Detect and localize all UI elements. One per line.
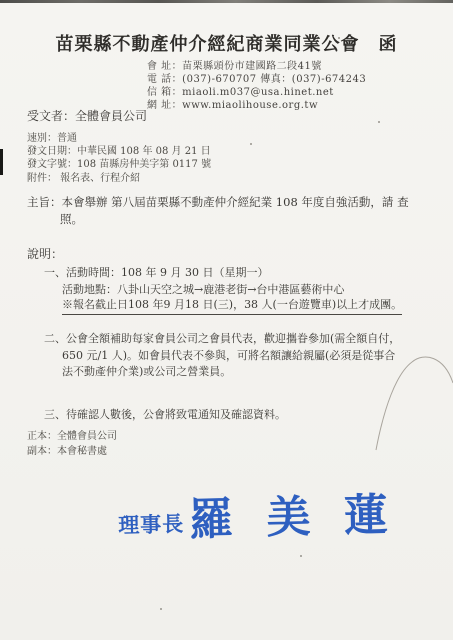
ref-number-line: 發文字號：108 苗縣房仲美字第 0117 號 bbox=[27, 155, 211, 170]
item2-line3: 法不動產仲介業)或公司之營業員。 bbox=[62, 363, 231, 379]
explanation-label: 說明： bbox=[27, 245, 63, 262]
scanned-letter-page: 苗栗縣不動產仲介經紀商業同業公會 函 會 址：苗栗縣頭份市建國路二段41號 電 … bbox=[0, 0, 453, 640]
chairman-stamp-title: 理事長 bbox=[117, 494, 184, 540]
letterhead-website: 網 址：www.miaolihouse.org.tw bbox=[147, 96, 318, 111]
scan-speck bbox=[378, 121, 380, 123]
scan-top-edge-artifact bbox=[0, 0, 453, 3]
subject-line-2: 照。 bbox=[60, 211, 83, 227]
distribution-original: 正本：全體會員公司 bbox=[27, 427, 117, 442]
document-title: 苗栗縣不動產仲介經紀商業同業公會 函 bbox=[0, 30, 453, 56]
item3-line1: 三、待確認人數後，公會將致電通知及確認資料。 bbox=[44, 406, 286, 422]
chairman-stamp: 理事長 羅 美 蓮 bbox=[117, 478, 397, 549]
item1-line2: 活動地點：八卦山天空之城→鹿港老街→台中港區藝術中心 bbox=[62, 281, 344, 297]
scan-speck bbox=[300, 555, 302, 557]
item1-deadline-underlined: ※報名截止日108 年9 月18 日(三)，38 人(一台遊覽車)以上才成團。 bbox=[62, 296, 402, 315]
chairman-stamp-name: 羅 美 蓮 bbox=[188, 478, 397, 547]
scan-left-edge-mark bbox=[0, 149, 3, 175]
recipient-line: 受文者：全體會員公司 bbox=[27, 107, 147, 124]
item1-line1: 一、活動時間：108 年 9 月 30 日（星期一） bbox=[44, 264, 268, 280]
scan-speck bbox=[250, 143, 252, 145]
scan-speck bbox=[160, 608, 162, 610]
item2-line1: 二、公會全額補助每家會員公司之會員代表，歡迎攜眷參加(需全額自付， bbox=[44, 330, 400, 346]
distribution-copy: 副本：本會秘書處 bbox=[27, 442, 107, 457]
attachments-line: 附件： 報名表、行程介紹 bbox=[27, 169, 140, 184]
subject-line-1: 主旨：本會舉辦 第八屆苗栗縣不動產仲介經紀業 108 年度自強活動，請 查 bbox=[27, 194, 409, 210]
item2-line2: 650 元/1 人)。如會員代表不參與，可將名額讓給親屬(必須是從事合 bbox=[62, 347, 395, 363]
